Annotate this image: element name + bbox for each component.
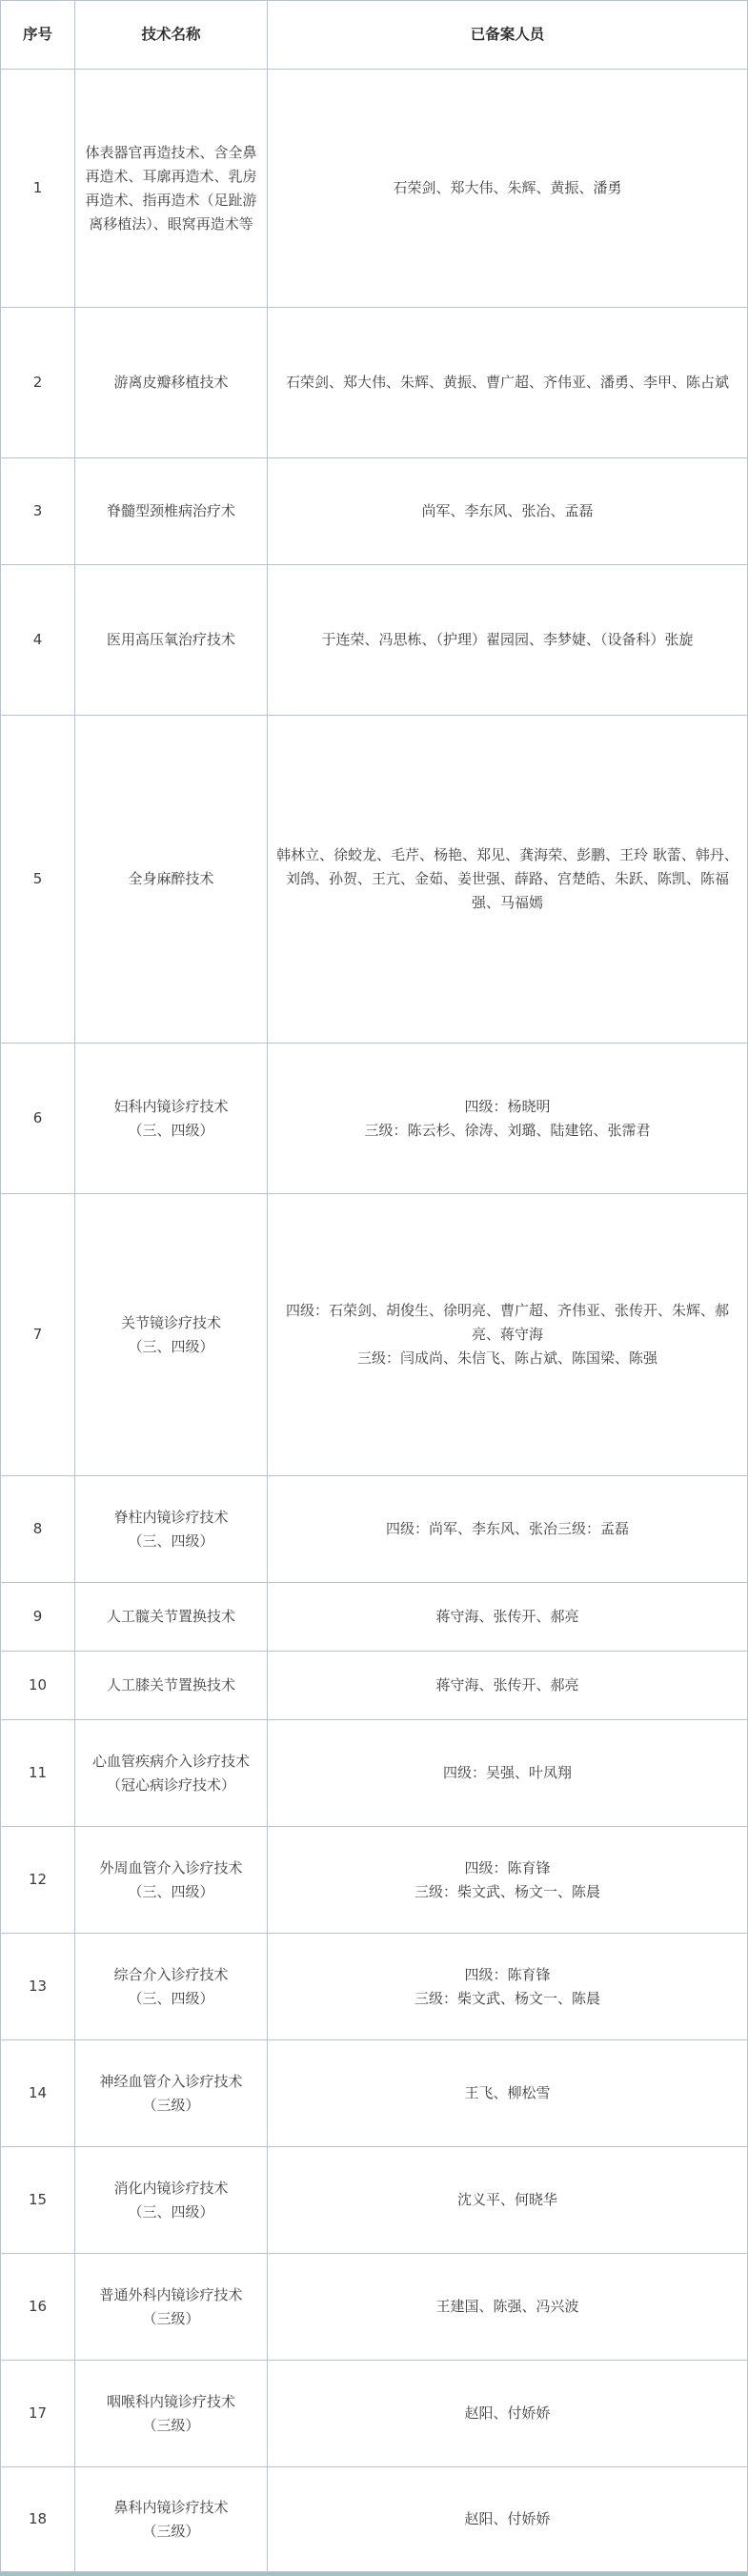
table-row: 3 脊髓型颈椎病治疗术 尚军、李东风、张冶、孟磊	[1, 458, 748, 565]
table-row: 9 人工髋关节置换技术 蒋守海、张传开、郝亮	[1, 1583, 748, 1652]
technology-name: 体表器官再造技术、含全鼻再造术、耳廓再造术、乳房再造术、指再造术（足趾游离移植法…	[75, 70, 268, 308]
technology-name: 全身麻醉技术	[75, 716, 268, 1044]
personnel-level-4: 四级：石荣剑、胡俊生、徐明亮、曹广超、齐伟亚、张传开、朱辉、郝亮、蒋守海	[273, 1299, 741, 1347]
filed-personnel: 蒋守海、张传开、郝亮	[268, 1652, 748, 1720]
personnel-line: 蒋守海、张传开、郝亮	[273, 1605, 741, 1629]
technology-name-line: 全身麻醉技术	[81, 867, 261, 891]
personnel-level-4: 四级：杨晓明	[273, 1095, 741, 1119]
personnel-level-3: 三级：柴文武、杨文一、陈晨	[273, 1880, 741, 1904]
serial-number: 2	[1, 308, 75, 458]
table-row: 10 人工膝关节置换技术 蒋守海、张传开、郝亮	[1, 1652, 748, 1720]
technology-name: 心血管疾病介入诊疗技术 （冠心病诊疗技术）	[75, 1720, 268, 1827]
table-row: 13 综合介入诊疗技术 （三、四级） 四级：陈育锋 三级：柴文武、杨文一、陈晨	[1, 1934, 748, 2040]
technology-name-line: 综合介入诊疗技术	[81, 1963, 261, 1987]
filed-personnel: 王建国、陈强、冯兴波	[268, 2254, 748, 2361]
technology-name: 游离皮瓣移植技术	[75, 308, 268, 458]
table-row: 14 神经血管介入诊疗技术 （三级） 王飞、柳松雪	[1, 2040, 748, 2147]
technology-level-line: （三、四级）	[81, 1530, 261, 1553]
filed-personnel: 蒋守海、张传开、郝亮	[268, 1583, 748, 1652]
header-filed-personnel: 已备案人员	[268, 1, 748, 70]
technology-level-line: （三、四级）	[81, 1119, 261, 1143]
serial-number: 15	[1, 2147, 75, 2254]
filed-personnel: 四级：石荣剑、胡俊生、徐明亮、曹广超、齐伟亚、张传开、朱辉、郝亮、蒋守海 三级：…	[268, 1194, 748, 1476]
technology-name: 人工髋关节置换技术	[75, 1583, 268, 1652]
personnel-line: 王飞、柳松雪	[273, 2081, 741, 2105]
technology-name: 鼻科内镜诊疗技术 （三级）	[75, 2467, 268, 2572]
table-row: 18 鼻科内镜诊疗技术 （三级） 赵阳、付娇娇	[1, 2467, 748, 2572]
technology-name: 普通外科内镜诊疗技术 （三级）	[75, 2254, 268, 2361]
technology-name: 综合介入诊疗技术 （三、四级）	[75, 1934, 268, 2040]
table-row: 16 普通外科内镜诊疗技术 （三级） 王建国、陈强、冯兴波	[1, 2254, 748, 2361]
table-row: 17 咽喉科内镜诊疗技术 （三级） 赵阳、付娇娇	[1, 2361, 748, 2467]
technology-level-line: （三级）	[81, 2094, 261, 2118]
technology-name: 脊柱内镜诊疗技术 （三、四级）	[75, 1476, 268, 1583]
technology-name-line: 人工髋关节置换技术	[81, 1605, 261, 1629]
serial-number: 13	[1, 1934, 75, 2040]
technology-name-line: 普通外科内镜诊疗技术	[81, 2283, 261, 2307]
personnel-level-3: 三级：陈云杉、徐涛、刘璐、陆建铭、张霈君	[273, 1119, 741, 1143]
table-header-row: 序号 技术名称 已备案人员	[1, 1, 748, 70]
serial-number: 1	[1, 70, 75, 308]
serial-number: 6	[1, 1044, 75, 1194]
technology-name-line: 神经血管介入诊疗技术	[81, 2070, 261, 2094]
serial-number: 11	[1, 1720, 75, 1827]
bottom-accent-bar	[0, 2572, 748, 2576]
filed-personnel: 四级：陈育锋 三级：柴文武、杨文一、陈晨	[268, 1827, 748, 1934]
table-row: 12 外周血管介入诊疗技术 （三、四级） 四级：陈育锋 三级：柴文武、杨文一、陈…	[1, 1827, 748, 1934]
table-row: 11 心血管疾病介入诊疗技术 （冠心病诊疗技术） 四级：吴强、叶凤翔	[1, 1720, 748, 1827]
technology-name-line: 消化内镜诊疗技术	[81, 2177, 261, 2201]
technology-name-line: 医用高压氧治疗技术	[81, 628, 261, 652]
technology-level-line: （三级）	[81, 2307, 261, 2331]
technology-level-line: （三、四级）	[81, 1880, 261, 1904]
table-row: 2 游离皮瓣移植技术 石荣剑、郑大伟、朱辉、黄振、曹广超、齐伟亚、潘勇、李甲、陈…	[1, 308, 748, 458]
filed-personnel: 于连荣、冯思栋、（护理）翟园园、李梦婕、（设备科）张旋	[268, 565, 748, 716]
technology-level-line: （三、四级）	[81, 1335, 261, 1359]
table-row: 15 消化内镜诊疗技术 （三、四级） 沈义平、何晓华	[1, 2147, 748, 2254]
table-row: 1 体表器官再造技术、含全鼻再造术、耳廓再造术、乳房再造术、指再造术（足趾游离移…	[1, 70, 748, 308]
personnel-line: 四级：吴强、叶凤翔	[273, 1761, 741, 1785]
personnel-level-4: 四级：陈育锋	[273, 1963, 741, 1987]
filed-personnel: 四级：陈育锋 三级：柴文武、杨文一、陈晨	[268, 1934, 748, 2040]
table-row: 7 关节镜诊疗技术 （三、四级） 四级：石荣剑、胡俊生、徐明亮、曹广超、齐伟亚、…	[1, 1194, 748, 1476]
filed-personnel: 韩林立、徐蛟龙、毛芹、杨艳、郑见、龚海荣、彭鹏、王玲 耿蕾、韩丹、刘鸽、孙贺、王…	[268, 716, 748, 1044]
personnel-level-3: 三级：柴文武、杨文一、陈晨	[273, 1987, 741, 2011]
serial-number: 10	[1, 1652, 75, 1720]
technology-level-line: （冠心病诊疗技术）	[81, 1774, 261, 1797]
technology-name-line: 鼻科内镜诊疗技术	[81, 2496, 261, 2520]
serial-number: 3	[1, 458, 75, 565]
filed-personnel: 四级：吴强、叶凤翔	[268, 1720, 748, 1827]
personnel-line: 赵阳、付娇娇	[273, 2507, 741, 2531]
filed-personnel: 沈义平、何晓华	[268, 2147, 748, 2254]
table-row: 4 医用高压氧治疗技术 于连荣、冯思栋、（护理）翟园园、李梦婕、（设备科）张旋	[1, 565, 748, 716]
technology-name-line: 咽喉科内镜诊疗技术	[81, 2390, 261, 2414]
technology-name: 人工膝关节置换技术	[75, 1652, 268, 1720]
filed-personnel-table: 序号 技术名称 已备案人员 1 体表器官再造技术、含全鼻再造术、耳廓再造术、乳房…	[0, 0, 748, 2572]
personnel-level-4: 四级：陈育锋	[273, 1856, 741, 1880]
personnel-level-3: 三级：闫成尚、朱信飞、陈占斌、陈国梁、陈强	[273, 1347, 741, 1370]
personnel-line: 尚军、李东风、张冶、孟磊	[273, 499, 741, 523]
serial-number: 5	[1, 716, 75, 1044]
filed-personnel: 尚军、李东风、张冶、孟磊	[268, 458, 748, 565]
table-row: 6 妇科内镜诊疗技术 （三、四级） 四级：杨晓明 三级：陈云杉、徐涛、刘璐、陆建…	[1, 1044, 748, 1194]
personnel-line: 王建国、陈强、冯兴波	[273, 2295, 741, 2319]
technology-name-line: 体表器官再造技术、含全鼻再造术、耳廓再造术、乳房再造术、指再造术（足趾游离移植法…	[81, 141, 261, 236]
technology-name: 脊髓型颈椎病治疗术	[75, 458, 268, 565]
personnel-line: 赵阳、付娇娇	[273, 2402, 741, 2425]
filed-personnel: 四级：杨晓明 三级：陈云杉、徐涛、刘璐、陆建铭、张霈君	[268, 1044, 748, 1194]
technology-name: 神经血管介入诊疗技术 （三级）	[75, 2040, 268, 2147]
personnel-line: 四级：尚军、李东风、张冶三级：孟磊	[273, 1517, 741, 1541]
table-row: 8 脊柱内镜诊疗技术 （三、四级） 四级：尚军、李东风、张冶三级：孟磊	[1, 1476, 748, 1583]
serial-number: 4	[1, 565, 75, 716]
header-technology-name: 技术名称	[75, 1, 268, 70]
technology-name-line: 游离皮瓣移植技术	[81, 371, 261, 395]
technology-level-line: （三级）	[81, 2520, 261, 2544]
serial-number: 16	[1, 2254, 75, 2361]
serial-number: 9	[1, 1583, 75, 1652]
personnel-line: 石荣剑、郑大伟、朱辉、黄振、潘勇	[273, 176, 741, 200]
technology-level-line: （三级）	[81, 2414, 261, 2438]
technology-name: 关节镜诊疗技术 （三、四级）	[75, 1194, 268, 1476]
serial-number: 7	[1, 1194, 75, 1476]
technology-name-line: 心血管疾病介入诊疗技术	[81, 1750, 261, 1774]
table-row: 5 全身麻醉技术 韩林立、徐蛟龙、毛芹、杨艳、郑见、龚海荣、彭鹏、王玲 耿蕾、韩…	[1, 716, 748, 1044]
filed-personnel: 石荣剑、郑大伟、朱辉、黄振、潘勇	[268, 70, 748, 308]
technology-name: 外周血管介入诊疗技术 （三、四级）	[75, 1827, 268, 1934]
technology-name-line: 人工膝关节置换技术	[81, 1673, 261, 1697]
technology-name-line: 妇科内镜诊疗技术	[81, 1095, 261, 1119]
serial-number: 14	[1, 2040, 75, 2147]
filed-personnel: 王飞、柳松雪	[268, 2040, 748, 2147]
personnel-line: 韩林立、徐蛟龙、毛芹、杨艳、郑见、龚海荣、彭鹏、王玲 耿蕾、韩丹、刘鸽、孙贺、王…	[273, 843, 741, 915]
technology-name-line: 脊髓型颈椎病治疗术	[81, 499, 261, 523]
technology-name: 消化内镜诊疗技术 （三、四级）	[75, 2147, 268, 2254]
technology-name: 咽喉科内镜诊疗技术 （三级）	[75, 2361, 268, 2467]
personnel-line: 于连荣、冯思栋、（护理）翟园园、李梦婕、（设备科）张旋	[273, 628, 741, 652]
serial-number: 8	[1, 1476, 75, 1583]
technology-name-line: 脊柱内镜诊疗技术	[81, 1506, 261, 1530]
technology-level-line: （三、四级）	[81, 1987, 261, 2011]
personnel-line: 石荣剑、郑大伟、朱辉、黄振、曹广超、齐伟亚、潘勇、李甲、陈占斌	[273, 371, 741, 395]
serial-number: 18	[1, 2467, 75, 2572]
filed-personnel: 赵阳、付娇娇	[268, 2467, 748, 2572]
header-serial-number: 序号	[1, 1, 75, 70]
technology-level-line: （三、四级）	[81, 2201, 261, 2224]
filed-personnel: 四级：尚军、李东风、张冶三级：孟磊	[268, 1476, 748, 1583]
filed-personnel: 赵阳、付娇娇	[268, 2361, 748, 2467]
technology-name: 妇科内镜诊疗技术 （三、四级）	[75, 1044, 268, 1194]
serial-number: 17	[1, 2361, 75, 2467]
personnel-line: 蒋守海、张传开、郝亮	[273, 1673, 741, 1697]
serial-number: 12	[1, 1827, 75, 1934]
technology-name: 医用高压氧治疗技术	[75, 565, 268, 716]
personnel-line: 沈义平、何晓华	[273, 2188, 741, 2212]
filed-personnel: 石荣剑、郑大伟、朱辉、黄振、曹广超、齐伟亚、潘勇、李甲、陈占斌	[268, 308, 748, 458]
technology-name-line: 关节镜诊疗技术	[81, 1311, 261, 1335]
technology-name-line: 外周血管介入诊疗技术	[81, 1856, 261, 1880]
